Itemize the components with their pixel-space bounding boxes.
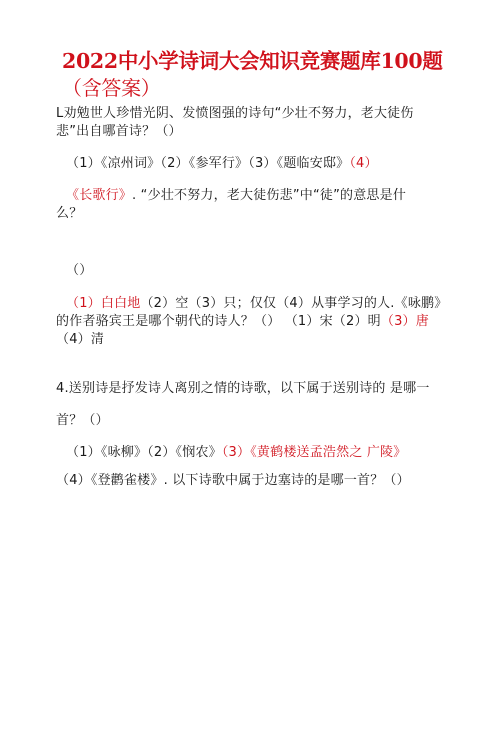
question-text: . “少壮不努力，老大徒伤悲”中“徒”的意思是什 xyxy=(132,188,406,203)
answer-marker: （4） xyxy=(349,156,377,171)
answer-text: （3）《黄鹤楼送孟浩然之 广陵》 xyxy=(222,445,407,460)
question-4-line-1: 4.送别诗是抒发诗人离别之情的诗歌，以下属于送别诗的 是哪一 xyxy=(56,380,430,398)
question-1-line-1: L劝勉世人珍惜光阴、发愤图强的诗句“少壮不努力，老大徒伤 xyxy=(56,105,414,123)
question-4-line-2: 首？（） xyxy=(56,412,109,430)
title-subtitle: （含答案） xyxy=(62,75,482,102)
options-text: （2）空（3）只；仅仅（4）从事学习的人.《咏鹏》 xyxy=(140,296,447,311)
question-3-option-4: （4）清 xyxy=(56,331,104,349)
answer-text: （1）白白地 xyxy=(66,296,140,311)
options-text: （1）《凉州词》（2）《参军行》（3）《题临安邸》 xyxy=(66,156,349,171)
question-4-options: （1）《咏柳》（2）《悯农》（3）《黄鹤楼送孟浩然之 广陵》 xyxy=(66,444,406,462)
title-main: 2022中小学诗词大会知识竞赛题库100题 xyxy=(62,49,443,73)
answer-text: 《长歌行》 xyxy=(66,188,132,203)
question-2-blank: （） xyxy=(66,262,92,280)
question-1-options: （1）《凉州词》（2）《参军行》（3）《题临安邸》（4） xyxy=(66,155,378,173)
question-text: L劝勉世人珍惜光阴、发愤图强的诗句“少壮不努力，老大徒伤 xyxy=(56,106,414,121)
options-text: （1）《咏柳》（2）《悯农》 xyxy=(66,445,222,460)
question-3-line: 的作者骆宾王是哪个朝代的诗人？（） （1）宋（2）明（3）唐 xyxy=(56,313,429,331)
question-text: （4）《登鹳雀楼》. 以下诗歌中属于边塞诗的是哪一首？（） xyxy=(56,473,410,488)
question-1-line-2: 悲”出自哪首诗？（） xyxy=(56,123,182,141)
document-page: 2022中小学诗词大会知识竞赛题库100题 （含答案） L劝勉世人珍惜光阴、发愤… xyxy=(0,0,500,739)
question-text: 么？ xyxy=(56,206,82,221)
question-2-line-1: 《长歌行》. “少壮不努力，老大徒伤悲”中“徒”的意思是什 xyxy=(66,187,406,205)
question-text: 4.送别诗是抒发诗人离别之情的诗歌，以下属于送别诗的 是哪一 xyxy=(56,381,430,396)
question-text: 的作者骆宾王是哪个朝代的诗人？（） （1）宋（2）明 xyxy=(56,314,381,329)
document-title: 2022中小学诗词大会知识竞赛题库100题 （含答案） xyxy=(62,48,482,102)
question-text: 首？（） xyxy=(56,413,109,428)
question-text: 悲”出自哪首诗？（） xyxy=(56,124,182,139)
answer-blank: （） xyxy=(66,263,92,278)
options-text: （4）清 xyxy=(56,332,104,347)
question-5-line: （4）《登鹳雀楼》. 以下诗歌中属于边塞诗的是哪一首？（） xyxy=(56,472,410,490)
answer-text: （3）唐 xyxy=(381,314,429,329)
question-2-line-2: 么？ xyxy=(56,205,82,223)
question-2-options: （1）白白地（2）空（3）只；仅仅（4）从事学习的人.《咏鹏》 xyxy=(66,295,447,313)
